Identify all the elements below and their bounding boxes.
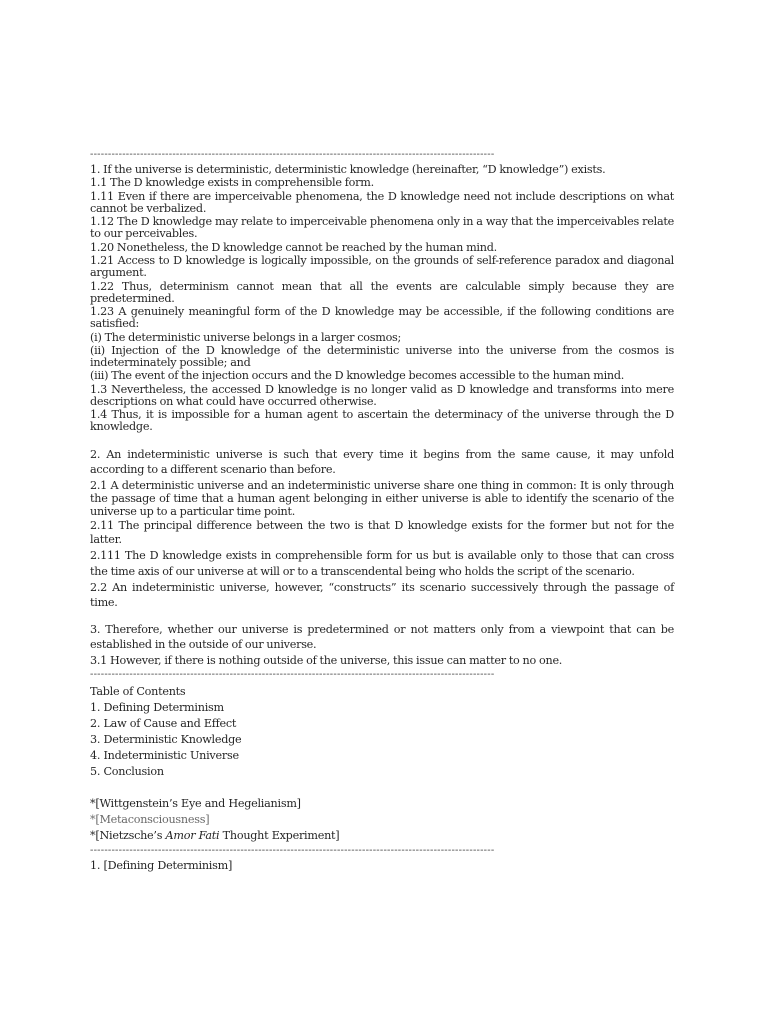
toc-item[interactable]: 5. Conclusion xyxy=(90,764,674,780)
proposition-1-21: 1.21 Access to D knowledge is logically … xyxy=(90,255,674,279)
proposition-2-1: 2.1 A deterministic universe and an inde… xyxy=(90,479,674,519)
ref-nietzsche-link[interactable]: *[Nietzsche’s Amor Fati Thought Experime… xyxy=(90,828,674,844)
proposition-1-4: 1.4 Thus, it is impossible for a human a… xyxy=(90,409,674,433)
proposition-1-1: 1.1 The D knowledge exists in comprehens… xyxy=(90,177,674,189)
proposition-1-20: 1.20 Nonetheless, the D knowledge cannot… xyxy=(90,242,674,254)
ref-metaconsciousness-link[interactable]: *[Metaconsciousness] xyxy=(90,812,674,828)
section-1-propositions: 1. If the universe is deterministic, det… xyxy=(90,164,674,434)
section-heading: 1. [Defining Determinism] xyxy=(90,858,674,874)
toc-item[interactable]: 4. Indeterministic Universe xyxy=(90,748,674,764)
toc-item[interactable]: 1. Defining Determinism xyxy=(90,700,674,716)
proposition-3: 3. Therefore, whether our universe is pr… xyxy=(90,622,674,653)
section-3-propositions: 3. Therefore, whether our universe is pr… xyxy=(90,622,674,669)
condition-i: (i) The deterministic universe belongs i… xyxy=(90,332,674,344)
divider: ----------------------------------------… xyxy=(90,670,623,680)
ref-wittgenstein-link[interactable]: *[Wittgenstein’s Eye and Hegelianism] xyxy=(90,796,674,812)
table-of-contents: Table of Contents 1. Defining Determinis… xyxy=(90,684,674,780)
section-2-propositions: 2. An indeterministic universe is such t… xyxy=(90,447,674,611)
proposition-1-11: 1.11 Even if there are imperceivable phe… xyxy=(90,191,674,215)
condition-iii: (iii) The event of the injection occurs … xyxy=(90,370,674,382)
proposition-1-3: 1.3 Nevertheless, the accessed D knowled… xyxy=(90,384,674,408)
proposition-1-22: 1.22 Thus, determinism cannot mean that … xyxy=(90,281,674,305)
proposition-2-2: 2.2 An indeterministic universe, however… xyxy=(90,580,674,611)
proposition-2-11: 2.11 The principal difference between th… xyxy=(90,519,674,548)
ref-nietzsche-prefix: *[Nietzsche’s xyxy=(90,829,166,842)
condition-ii: (ii) Injection of the D knowledge of the… xyxy=(90,345,674,369)
toc-item[interactable]: 3. Deterministic Knowledge xyxy=(90,732,674,748)
divider: ----------------------------------------… xyxy=(90,150,623,160)
proposition-2-111: 2.111 The D knowledge exists in comprehe… xyxy=(90,548,674,579)
proposition-3-1: 3.1 However, if there is nothing outside… xyxy=(90,653,674,669)
proposition-1-23: 1.23 A genuinely meaningful form of the … xyxy=(90,306,674,330)
divider: ----------------------------------------… xyxy=(90,846,623,856)
toc-item[interactable]: 2. Law of Cause and Effect xyxy=(90,716,674,732)
ref-nietzsche-suffix: Thought Experiment] xyxy=(219,829,339,842)
proposition-2: 2. An indeterministic universe is such t… xyxy=(90,447,674,478)
proposition-1: 1. If the universe is deterministic, det… xyxy=(90,164,674,176)
toc-title: Table of Contents xyxy=(90,684,674,700)
ref-nietzsche-italic: Amor Fati xyxy=(166,829,220,842)
document-page: ----------------------------------------… xyxy=(90,150,674,874)
proposition-1-12: 1.12 The D knowledge may relate to imper… xyxy=(90,216,674,240)
related-articles: *[Wittgenstein’s Eye and Hegelianism] *[… xyxy=(90,796,674,844)
